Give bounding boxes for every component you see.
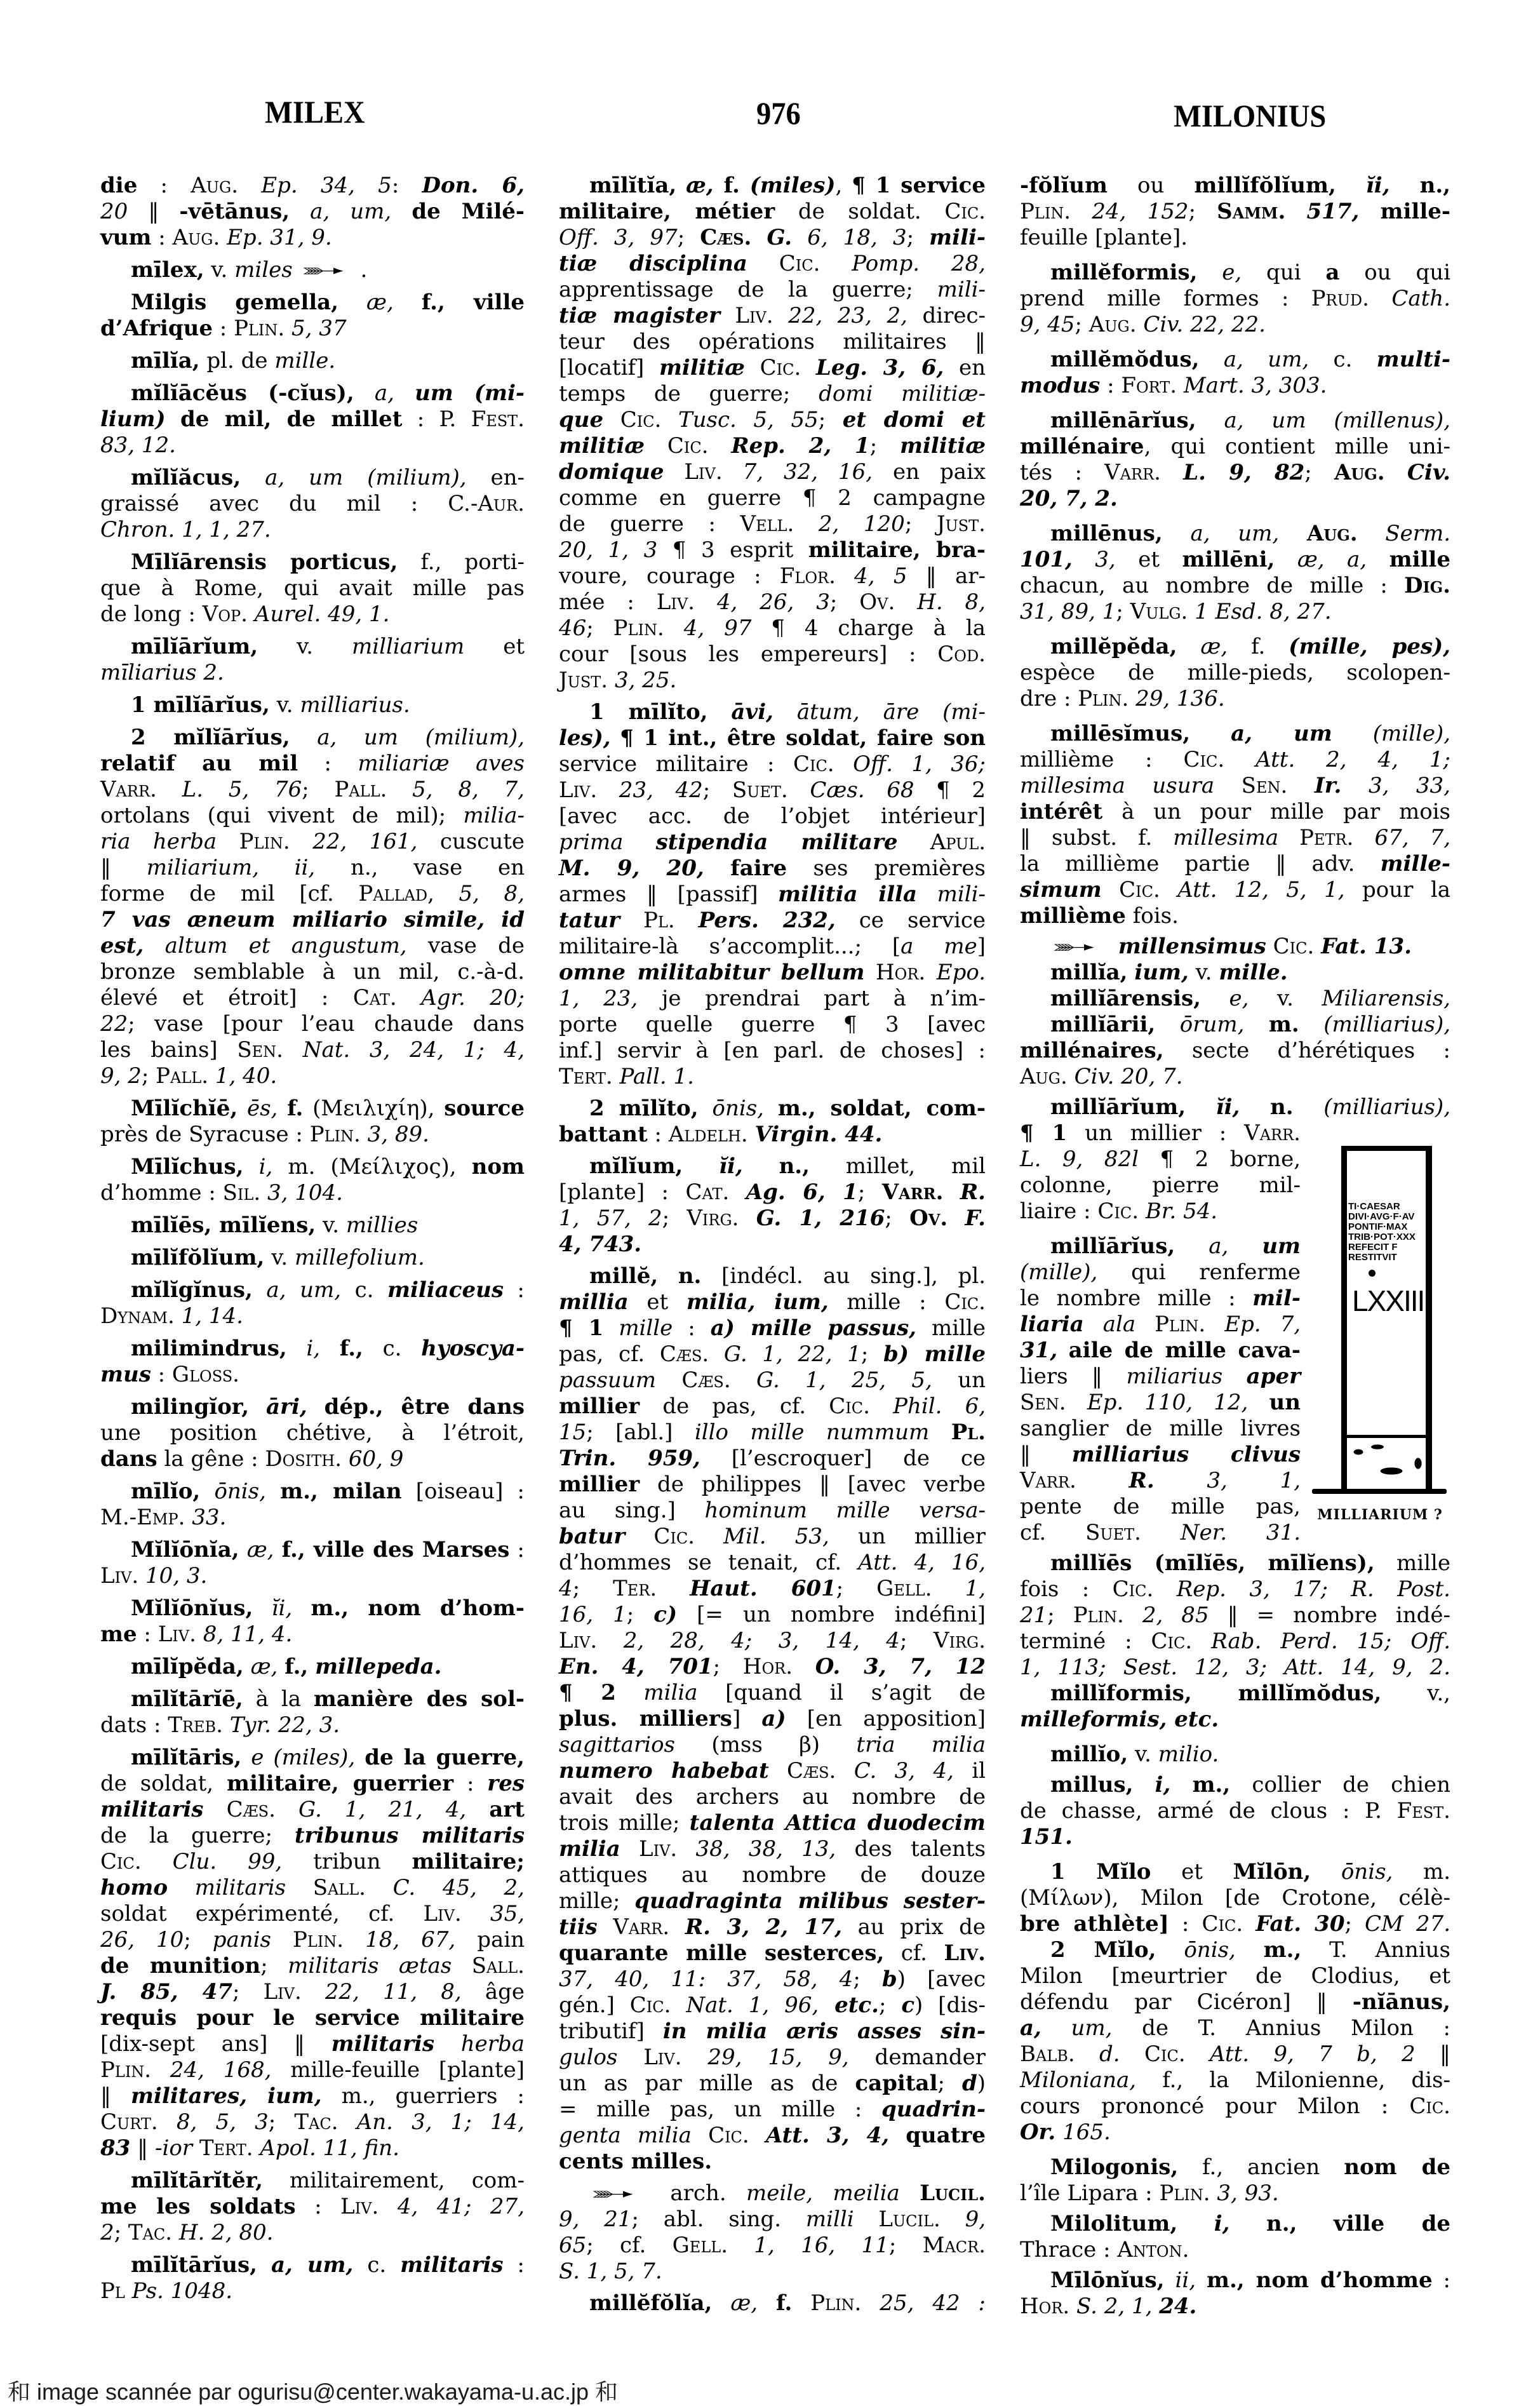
roman-text: v.: [316, 1213, 346, 1238]
roman-text: ;: [907, 225, 930, 250]
feathered-arrow-icon: ➳: [300, 257, 476, 285]
author-abbreviation: Apul.: [930, 830, 986, 855]
roman-text: c.: [1309, 347, 1377, 372]
text-line: un as par mille as de capital; d): [559, 2071, 986, 2097]
bold-text: f., ville: [422, 290, 525, 315]
bold-italic-text: a, um: [1231, 721, 1332, 746]
author-abbreviation: Vell.: [740, 511, 794, 537]
roman-text: [locatif]: [559, 355, 659, 380]
bold-italic-text: Trin. 959,: [559, 1446, 700, 1471]
bold-text: mīlĭtārĭus,: [131, 2252, 257, 2278]
italic-text: tria milia: [856, 1732, 986, 1757]
italic-text: H. 8,: [917, 589, 986, 615]
italic-text: S. 2, 1,: [1076, 2294, 1152, 2319]
italic-text: H. 2, 80.: [179, 2220, 274, 2245]
bold-text: de la guerre,: [365, 1745, 525, 1770]
italic-text: Nat. 1, 96,: [686, 1993, 819, 2018]
bold-text: source: [444, 1096, 525, 1121]
milestone-illustration: TI·CAESAR DIVI·AVG·F·AV PONTIF·MAX TRIB·…: [1312, 1143, 1449, 1531]
author-abbreviation: Liv.: [559, 1628, 597, 1653]
italic-text: 22, 161,: [312, 829, 417, 854]
roman-text: ;: [1047, 1603, 1073, 1628]
roman-text: f., ancien: [1178, 2154, 1344, 2180]
italic-text: a,: [375, 380, 394, 406]
roman-text: [138, 1563, 145, 1589]
roman-text: armes ‖ [passif]: [559, 882, 778, 907]
entry-first-line: 2 Mĭlo, ōnis, m., T. Annius: [1020, 1937, 1450, 1963]
text-line: les), ¶ 1 int., être soldat, faire son: [559, 725, 986, 751]
roman-text: [1214, 773, 1242, 798]
roman-text: [870, 1394, 893, 1419]
author-abbreviation: Hor.: [743, 1654, 793, 1679]
roman-text: [695, 589, 717, 615]
roman-text: [266, 1479, 280, 1504]
text-line: prima stipendia militare Apul.: [559, 830, 986, 856]
author-abbreviation: Dynam.: [100, 1303, 175, 1329]
bold-text: mīlĭtāris,: [131, 1745, 241, 1770]
roman-text: à la: [243, 1686, 314, 1712]
bold-italic-text: 4, 743.: [559, 1232, 641, 1257]
roman-text: [287, 1336, 307, 1361]
italic-text: millefolium.: [295, 1245, 425, 1270]
text-line: J. 85, 47; Liv. 22, 11, 8, âge: [100, 1979, 525, 2005]
text-line: millième : Cic. Att. 2, 4, 1;: [1020, 747, 1450, 773]
italic-text: illo mille nummum: [695, 1420, 929, 1445]
italic-text: Att. 4, 16,: [858, 1550, 986, 1575]
italic-text: 9, 45: [1020, 312, 1075, 337]
right-guideword: MILONIUS: [1174, 100, 1326, 131]
text-line: pente de mille pas,: [1020, 1494, 1301, 1520]
roman-text: v.: [270, 692, 300, 718]
roman-text: soldat expérimenté, cf.: [100, 1901, 424, 1926]
roman-text: l’île Lipara :: [1020, 2181, 1159, 2206]
roman-text: [794, 511, 819, 537]
roman-text: pas, cf.: [559, 1341, 660, 1367]
roman-text: [1177, 2211, 1214, 2236]
text-line: Varr. R. 3, 1,: [1020, 1468, 1301, 1494]
bold-text: battant: [559, 1122, 648, 1147]
author-abbreviation: Gell.: [673, 2233, 728, 2258]
italic-text: millesima: [1173, 825, 1278, 850]
text-line: sanglier de mille livres: [1020, 1416, 1301, 1442]
text-line: feuille [plante].: [1020, 225, 1450, 251]
text-line: quarante mille sesterces, cf. Liv.: [559, 1940, 986, 1966]
text-line: 31, 89, 1; Vulg. 1 Esd. 8, 27.: [1020, 599, 1450, 625]
roman-text: la gêne :: [157, 1446, 265, 1472]
roman-text: [1359, 199, 1380, 224]
text-line: me les soldats : Liv. 4, 41; 27,: [100, 2194, 525, 2220]
entry-first-line: mīlĭtārĭē, à la manière des sol-: [100, 1686, 525, 1712]
entry-first-line: millĭformis, millĭmŏdus, v.,: [1020, 1681, 1450, 1707]
text-line: ‖ subst. f. millesima Petr. 67, 7,: [1020, 825, 1450, 851]
bold-italic-text: i,: [1214, 2211, 1230, 2236]
roman-text: fois.: [1126, 903, 1179, 929]
bold-text: Mĭlōn,: [1233, 1859, 1311, 1885]
roman-text: de chasse, armé de clous :: [1020, 1798, 1365, 1824]
text-line: Or. 165.: [1020, 2120, 1450, 2146]
roman-text: [292, 1596, 311, 1621]
roman-text: millième :: [1020, 747, 1184, 772]
italic-text: 18, 67,: [365, 1927, 455, 1952]
bold-text: 1 mīlĭto,: [589, 699, 708, 725]
author-abbreviation: Aug.: [1334, 460, 1385, 485]
bold-text: Milgis gemella,: [131, 290, 338, 315]
roman-text: [751, 225, 767, 250]
roman-text: ; abl. sing.: [632, 2207, 806, 2232]
bold-italic-text: milia, ium,: [686, 1289, 829, 1315]
italic-text: Cath.: [1391, 286, 1450, 311]
roman-text: [397, 985, 421, 1011]
roman-text: militairement, com-: [263, 2168, 525, 2193]
text-line: Dynam. 1, 14.: [100, 1303, 525, 1329]
roman-text: [836, 563, 854, 589]
bold-italic-text: 517,: [1307, 199, 1360, 224]
roman-text: ,: [835, 173, 852, 198]
italic-text: Ep. 7,: [1224, 1312, 1301, 1337]
roman-text: [895, 589, 917, 615]
text-line: millier de pas, cf. Cic. Phil. 6,: [559, 1394, 986, 1420]
roman-text: v.: [204, 257, 235, 283]
roman-text: [1177, 373, 1184, 398]
roman-text: [664, 615, 684, 641]
author-abbreviation: Ov.: [909, 1206, 947, 1231]
roman-text: ;: [836, 1576, 876, 1601]
italic-text: e,: [1229, 986, 1249, 1011]
italic-text: 15: [559, 1420, 586, 1445]
text-line: En. 4, 701; Hor. O. 3, 7, 12: [559, 1654, 986, 1680]
author-abbreviation: Varr.: [1104, 460, 1161, 485]
italic-text: An. 3, 1; 14,: [357, 2109, 525, 2135]
entry-first-line: Milgis gemella, æ, f., ville: [100, 290, 525, 316]
entry-first-line: 2 mīlĭto, ōnis, m., soldat, com-: [559, 1096, 986, 1122]
italic-text: 65: [559, 2233, 586, 2258]
roman-text: ‖: [130, 2135, 155, 2161]
italic-text: milli: [806, 2207, 854, 2232]
roman-text: [plante] :: [559, 1179, 685, 1205]
italic-text: 1, 14.: [182, 1303, 243, 1329]
bold-text: mille: [1389, 547, 1450, 572]
roman-text: [683, 1153, 719, 1179]
author-abbreviation: Pall.: [334, 777, 387, 802]
italic-text: ēs,: [247, 1096, 278, 1121]
text-line: chacun, au nombre de mille : Dig.: [1020, 573, 1450, 599]
italic-text: sagittarios: [559, 1732, 675, 1757]
italic-text: Serm.: [1385, 521, 1450, 546]
italic-text: miliariæ aves: [358, 751, 525, 776]
roman-text: au prix de: [842, 1914, 986, 1940]
bold-text: 2 mĭlĭārĭus,: [131, 725, 290, 750]
bold-text: ¶ 1: [559, 1315, 603, 1341]
roman-text: [1285, 199, 1306, 224]
roman-text: [1188, 599, 1195, 624]
text-line: (Μίλων), Milon [de Crotone, célè-: [1020, 1885, 1450, 1911]
italic-text: 1,: [965, 1576, 986, 1601]
roman-text: [1196, 408, 1224, 433]
roman-text: ;: [1345, 1911, 1365, 1937]
bold-italic-text: tribunus militaris: [295, 1823, 525, 1848]
text-line: d’Afrique : Plin. 5, 37: [100, 316, 525, 342]
roman-text: colonne, pierre mil-: [1020, 1173, 1301, 1198]
roman-text: [1294, 1094, 1324, 1120]
roman-text: [278, 1096, 287, 1121]
bold-text: millième: [1020, 903, 1126, 929]
text-line: Plin. 24, 168, mille-feuille [plante]: [100, 2057, 525, 2083]
roman-text: cour [sous les empereurs] :: [559, 642, 937, 667]
roman-text: ;: [142, 1063, 156, 1089]
italic-text: Miliarensis,: [1322, 986, 1450, 1011]
text-line: ¶ 2 milia [quand il s’agit de: [559, 1680, 986, 1706]
italic-text: 21: [1020, 1603, 1047, 1628]
author-abbreviation: Liv.: [657, 589, 695, 615]
bold-text: f.: [287, 1096, 303, 1121]
author-abbreviation: Varr.: [1244, 1120, 1301, 1146]
roman-text: gén.]: [559, 1993, 630, 2018]
roman-text: [354, 380, 375, 406]
author-abbreviation: Gell.: [876, 1576, 932, 1601]
author-abbreviation: Pl: [100, 2278, 125, 2304]
roman-text: [669, 1914, 685, 1940]
author-abbreviation: Tert.: [199, 2135, 253, 2161]
roman-text: ;: [885, 1206, 909, 1231]
author-abbreviation: Sall.: [313, 1875, 366, 1900]
bold-text: me les soldats: [100, 2194, 296, 2219]
bold-text: millĭārĭus,: [1050, 1233, 1175, 1259]
roman-text: [253, 2135, 260, 2161]
bold-italic-text: ĭi,: [719, 1153, 743, 1179]
author-abbreviation: Plin.: [1078, 686, 1128, 711]
italic-text: 38, 38, 13,: [696, 1836, 836, 1862]
italic-text: 35,: [490, 1901, 525, 1926]
author-abbreviation: Macr.: [923, 2233, 986, 2258]
ground-line: [1312, 1489, 1447, 1494]
roman-text: [244, 1654, 251, 1679]
italic-text: ōnis,: [1341, 1859, 1393, 1885]
entry-first-line: mīlĭtāris, e (miles), de la guerre,: [100, 1745, 525, 1771]
bold-text: mīlĭfŏlĭum,: [131, 1245, 264, 1270]
bold-italic-text: R.: [960, 1179, 986, 1205]
italic-text: mili-: [937, 277, 986, 302]
bold-text: militaire;: [412, 1849, 525, 1874]
entry-first-line: Mĭlĭōnĭus, ĭi, m., nom d’hom-: [100, 1596, 525, 1622]
text-line: Cic. Clu. 99, tribun militaire;: [100, 1849, 525, 1875]
bold-text: ¶ 1 int., être soldat, faire son: [620, 725, 986, 751]
text-line: ‖ milliarius clivus: [1020, 1442, 1301, 1468]
roman-text: [1385, 460, 1407, 485]
roman-text: de pas, cf.: [639, 1394, 829, 1419]
inscription-line: RESTITVIT: [1348, 1253, 1426, 1263]
bold-text: quarante mille sesterces,: [559, 1940, 884, 1966]
author-abbreviation: M.-Emp.: [100, 1505, 185, 1530]
italic-text: Civ. 20, 7.: [1075, 1064, 1183, 1089]
text-line: 15; [abl.] illo mille nummum Pl.: [559, 1420, 986, 1446]
inscription-line: TI·CAESAR: [1348, 1202, 1426, 1212]
roman-text: cours prononcé pour Milon :: [1020, 2093, 1409, 2119]
text-line: militaris Cæs. G. 1, 21, 4, art: [100, 1797, 525, 1823]
milestone-base: [1347, 1435, 1426, 1493]
italic-text: 29, 136.: [1135, 686, 1225, 711]
author-abbreviation: Cic.: [1119, 877, 1160, 903]
roman-text: [620, 908, 643, 933]
text-line: millénaire, qui contient mille uni-: [1020, 434, 1450, 460]
bold-text: m., soldat, com-: [778, 1096, 986, 1121]
bold-text: plus. milliers: [559, 1706, 732, 1731]
italic-text: æ,: [251, 1654, 278, 1679]
bold-text: 1 Mĭlo: [1050, 1859, 1151, 1885]
roman-text: [257, 2252, 271, 2278]
roman-text: [709, 1341, 724, 1367]
roman-text: il: [954, 1758, 986, 1784]
bold-text: millĭa,: [1050, 960, 1128, 985]
author-abbreviation: Aug.: [1307, 521, 1358, 546]
roman-text: [285, 316, 291, 341]
bold-text: mīlĭa,: [131, 348, 200, 373]
italic-text: d.: [1099, 2041, 1120, 2067]
roman-text: [oiseau] :: [402, 1479, 525, 1504]
roman-text: v.,: [1381, 1681, 1450, 1706]
bold-italic-text: a,: [1020, 2015, 1041, 2041]
roman-text: ‖: [100, 855, 147, 880]
roman-text: [434, 881, 459, 906]
roman-text: ¶ 2: [914, 777, 986, 803]
italic-text: Pall. 1.: [619, 1064, 693, 1089]
text-line: 1, 23, je prendrai part à n’im-: [559, 986, 986, 1012]
bold-italic-text: b) mille: [883, 1341, 986, 1367]
bold-text: ¶ 2: [559, 1680, 616, 1705]
author-abbreviation: Cic.: [100, 1849, 142, 1874]
roman-text: ;: [879, 1993, 901, 2018]
roman-text: [671, 1993, 686, 2018]
roman-text: [indécl. au sing.], pl.: [701, 1263, 986, 1289]
italic-text: Miloniana,: [1020, 2067, 1136, 2093]
italic-text: 165.: [1062, 2120, 1111, 2145]
text-line: Balb. d. Cic. Att. 9, 7 b, 2 ‖: [1020, 2041, 1450, 2067]
roman-text: forme de mil [cf.: [100, 881, 358, 906]
text-line: Curt. 8, 5, 3; Tac. An. 3, 1; 14,: [100, 2109, 525, 2135]
roman-text: [1073, 547, 1095, 572]
author-abbreviation: Gloss.: [172, 1362, 239, 1387]
bold-italic-text: L. 9, 82: [1183, 460, 1304, 485]
column-middle: mīlĭtĭa, æ, f. (miles), ¶ 1 servicemilit…: [559, 173, 986, 2316]
author-abbreviation: Just.: [937, 511, 986, 537]
italic-text: um,: [1071, 2015, 1113, 2041]
text-line: que à Rome, qui avait mille pas: [100, 575, 525, 601]
text-line: gén.] Cic. Nat. 1, 96, etc.; c) [dis-: [559, 1993, 986, 2019]
bold-text: aile de mille cava-: [1069, 1338, 1301, 1363]
roman-text: ¶ 3 esprit: [657, 537, 808, 563]
roman-text: :: [1433, 2268, 1450, 2293]
roman-text: [239, 1537, 247, 1563]
bold-text: nom: [472, 1154, 525, 1179]
roman-text: :: [151, 1362, 172, 1387]
text-line: 20 ‖ -vētānus, a, um, de Milé-: [100, 199, 525, 225]
italic-text: milia: [643, 1680, 697, 1705]
entry-first-line: mīlĭa, pl. de mille.: [100, 348, 525, 374]
roman-text: :: [648, 1122, 669, 1147]
roman-text: [675, 908, 699, 933]
bold-text: mille-: [1381, 199, 1450, 224]
italic-text: 26, 10: [100, 1927, 184, 1952]
bold-text: un: [1269, 1390, 1301, 1415]
text-line: ortolans (qui vivent de mil); milia-: [100, 803, 525, 829]
roman-text: en: [944, 355, 986, 380]
roman-text: [361, 1122, 368, 1147]
bold-italic-text: quadrin-: [881, 2097, 986, 2122]
text-line: terminé : Cic. Rab. Perd. 15; Off.: [1020, 1629, 1450, 1655]
entry-first-line: mĭlĭum, ĭi, n., millet, mil: [559, 1153, 986, 1179]
roman-text: en paix: [873, 459, 986, 485]
roman-text: [1353, 825, 1374, 850]
roman-text: [1311, 1859, 1341, 1885]
roman-text: ;: [573, 1576, 613, 1601]
roman-text: militaire-là s’accomplit...; [: [559, 934, 901, 959]
roman-text: ;: [1116, 599, 1130, 624]
roman-text: [1287, 773, 1315, 798]
author-abbreviation: Liv.: [944, 1940, 986, 1966]
italic-text: Cæs. 68: [810, 777, 914, 803]
entry-first-line: mīlĭtārĭus, a, um, c. militaris :: [100, 2252, 525, 2278]
roman-text: vase de: [407, 933, 525, 958]
roman-text: [1243, 1911, 1255, 1937]
author-abbreviation: Plin.: [1155, 1312, 1205, 1337]
roman-text: [1358, 521, 1386, 546]
text-line: de chasse, armé de clous : P. Fest.: [1020, 1798, 1450, 1824]
author-abbreviation: Sen.: [237, 1037, 283, 1063]
author-abbreviation: Aug.: [1089, 312, 1137, 337]
roman-text: [1177, 634, 1200, 659]
inscription-line: REFECIT F: [1348, 1242, 1426, 1253]
roman-text: inf.] servir à [en parl. de choses] :: [559, 1038, 986, 1063]
bold-text: f.,: [340, 1336, 363, 1361]
author-abbreviation: Tac.: [294, 2109, 338, 2135]
text-line: près de Syracuse : Plin. 3, 89.: [100, 1122, 525, 1148]
roman-text: [1068, 1064, 1075, 1089]
roman-text: [1071, 199, 1092, 224]
entry-first-line: 1 Mĭlo et Mĭlōn, ōnis, m.: [1020, 1859, 1450, 1885]
italic-text: Aurel. 49, 1.: [255, 601, 390, 627]
text-line: 21; Plin. 2, 85 ‖ = nombre indé-: [1020, 1603, 1450, 1629]
roman-text: [792, 225, 807, 250]
roman-text: [728, 2233, 754, 2258]
roman-text: m., guerriers :: [322, 2083, 525, 2109]
italic-text: 5, 37: [291, 316, 347, 341]
italic-text: 8, 5, 3: [177, 2109, 269, 2135]
bold-text: ville de: [1334, 2211, 1450, 2236]
roman-text: ;: [627, 1602, 654, 1627]
text-line: armes ‖ [passif] militia illa mili-: [559, 882, 986, 908]
milestone-inscription: TI·CAESAR DIVI·AVG·F·AV PONTIF·MAX TRIB·…: [1348, 1202, 1426, 1263]
roman-text: [172, 2220, 179, 2245]
bold-text: m., nom d’homme: [1207, 2268, 1433, 2293]
bold-italic-text: militia illa: [778, 882, 917, 907]
text-line: omne militabitur bellum Hor. Epo.: [559, 960, 986, 986]
italic-text: militaris ætas: [288, 1953, 452, 1979]
bold-text: intérêt: [1020, 799, 1102, 824]
italic-text: militaris: [195, 1875, 286, 1900]
roman-text: [861, 2290, 880, 2316]
text-line: Liv. 23, 42; Suet. Cæs. 68 ¶ 2: [559, 777, 986, 803]
italic-text: Ep. 110, 12,: [1087, 1390, 1249, 1415]
bold-italic-text: millia: [559, 1289, 629, 1315]
roman-text: ‖ subst. f.: [1020, 825, 1173, 850]
roman-text: [745, 355, 760, 380]
text-line: 46; Plin. 4, 97 ¶ 4 charge à la: [559, 615, 986, 642]
text-line: milia Liv. 38, 38, 13, des talents: [559, 1836, 986, 1862]
text-line: Liv. 10, 3.: [100, 1563, 525, 1589]
roman-text: [260, 1180, 267, 1206]
italic-text: miles: [234, 257, 293, 283]
author-abbreviation: Just.: [559, 668, 608, 693]
bold-italic-text: militares, ium,: [131, 2083, 322, 2109]
